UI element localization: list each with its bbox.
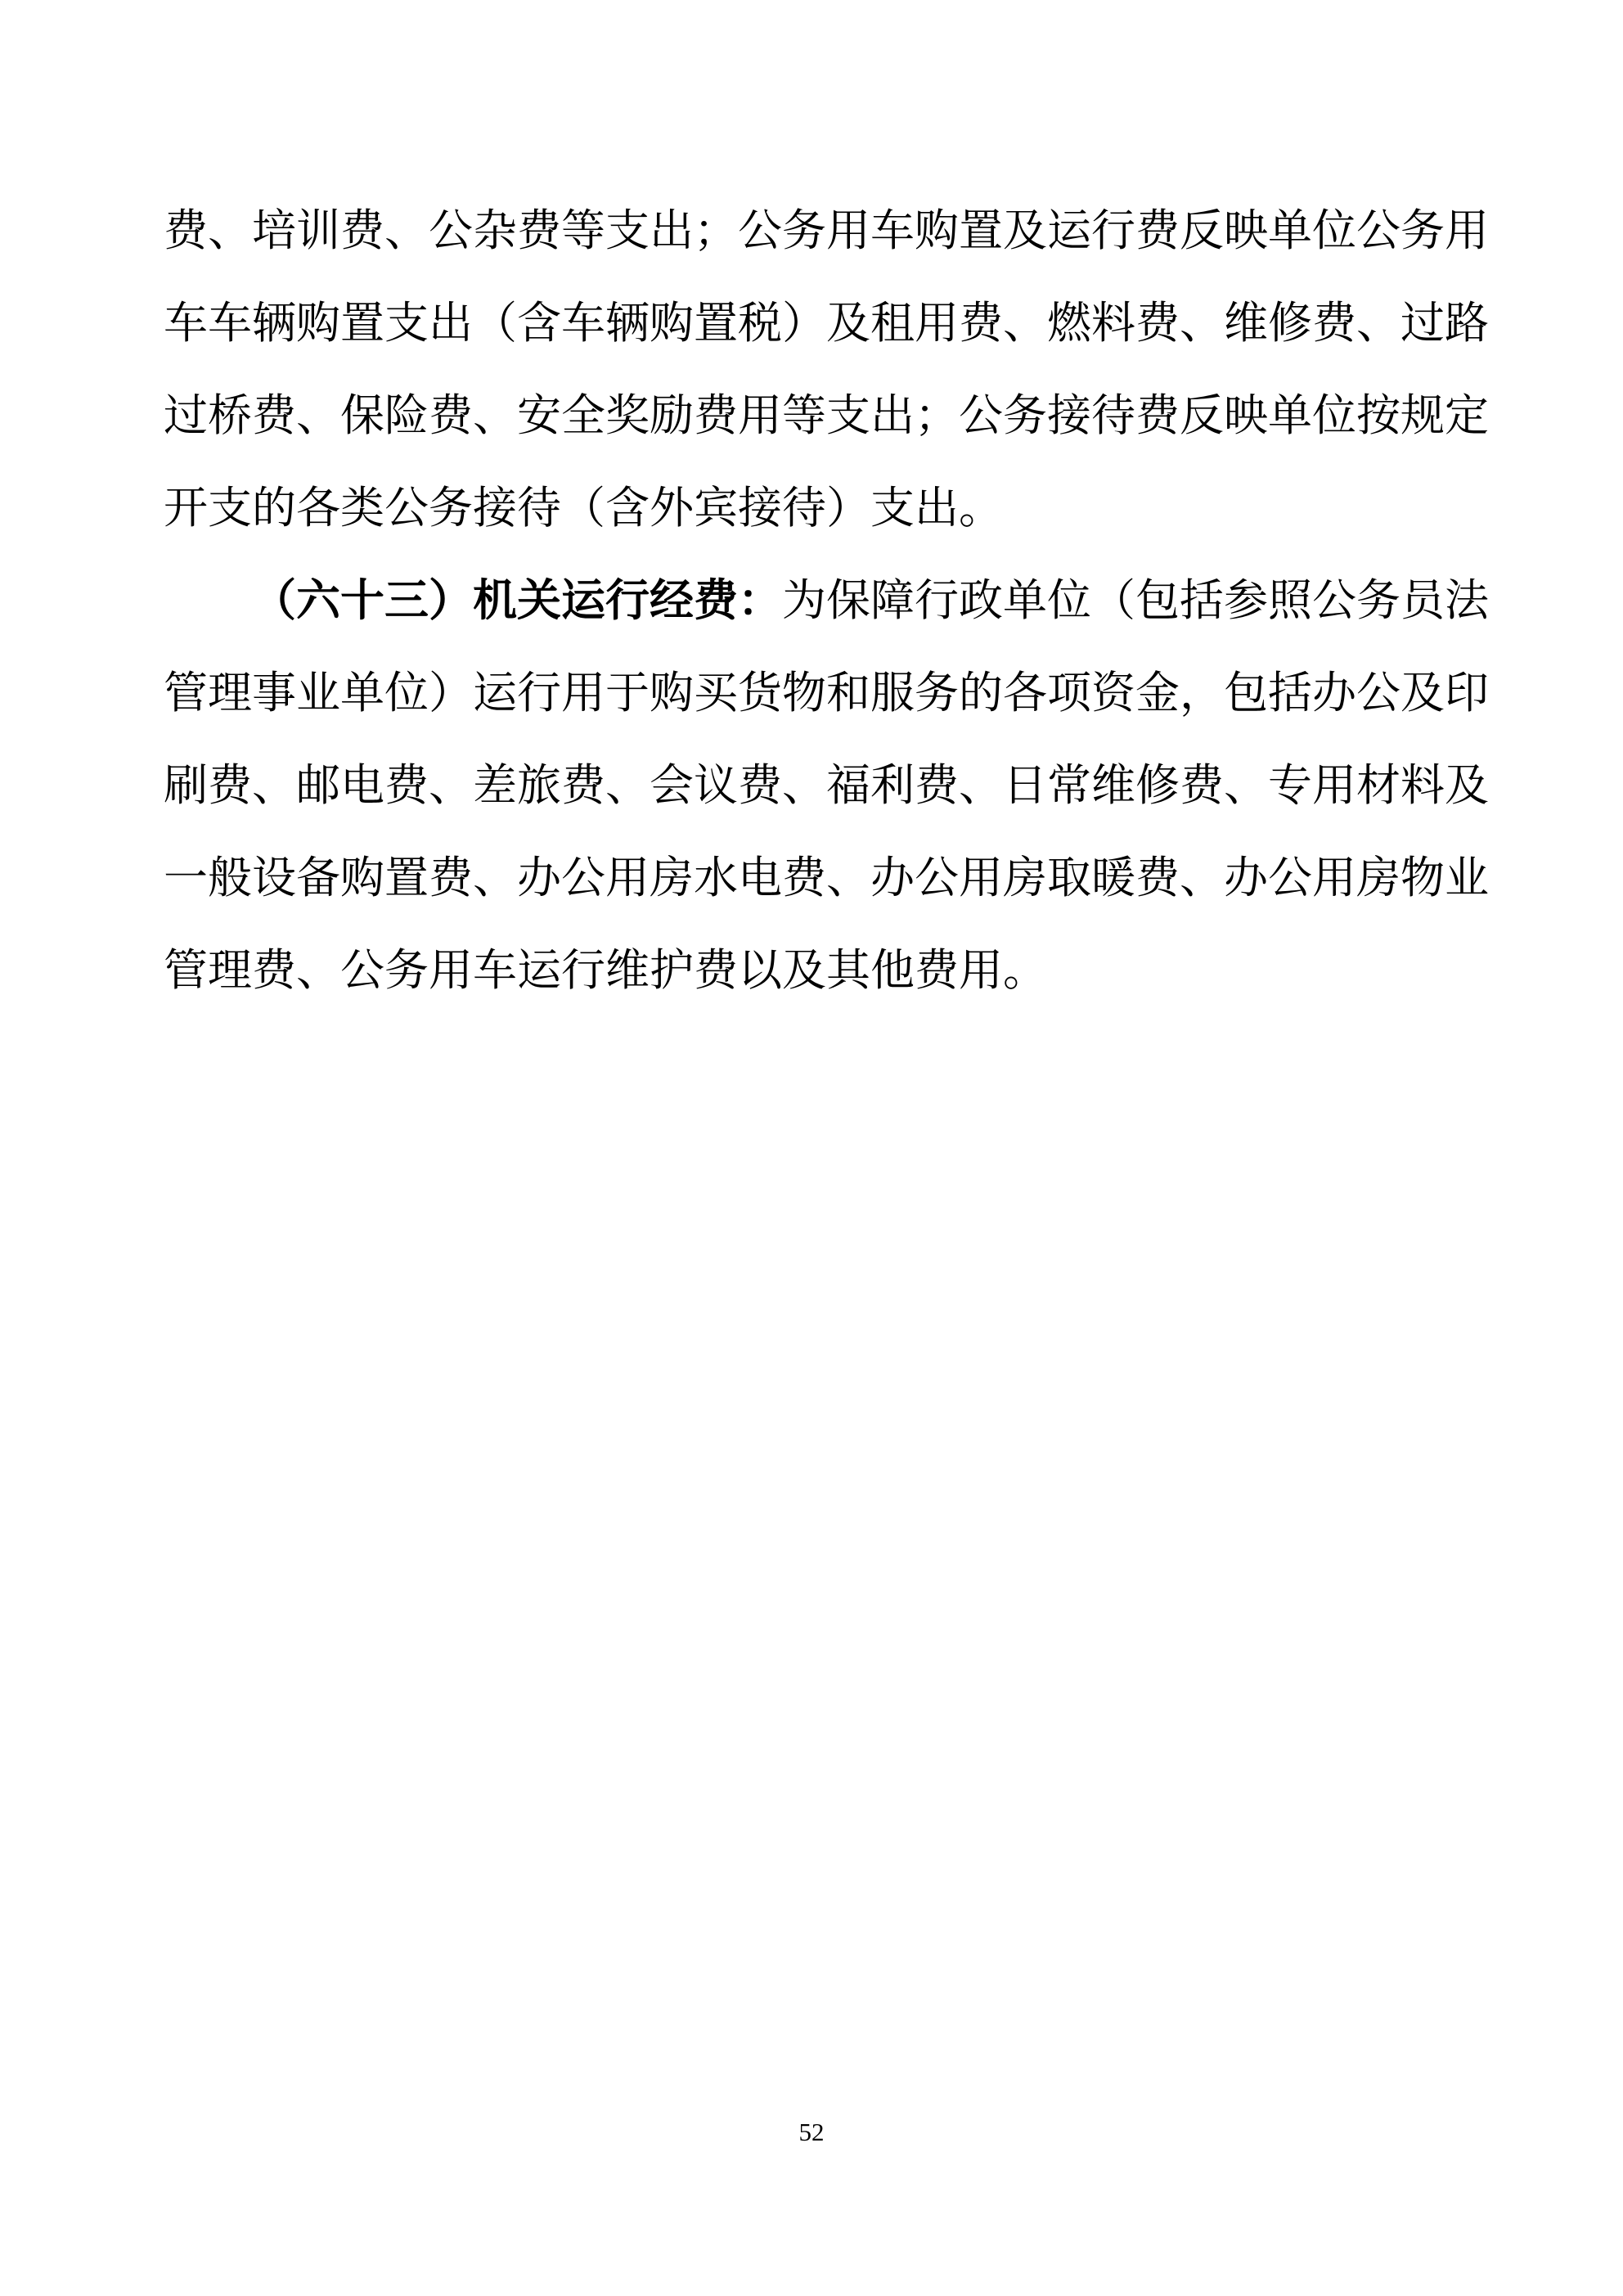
page-number: 52 [0, 2116, 1623, 2149]
document-page: 费、培训费、公杂费等支出；公务用车购置及运行费反映单位公务用车车辆购置支出（含车… [0, 0, 1623, 2296]
paragraph-agency-operating-funds: （六十三）机关运行经费：为保障行政单位（包括参照公务员法管理事业单位）运行用于购… [164, 555, 1489, 1017]
paragraph-expense-continuation: 费、培训费、公杂费等支出；公务用车购置及运行费反映单位公务用车车辆购置支出（含车… [164, 185, 1489, 555]
paragraph-bold-lead: （六十三）机关运行经费： [252, 576, 782, 625]
document-body: 费、培训费、公杂费等支出；公务用车购置及运行费反映单位公务用车车辆购置支出（含车… [164, 185, 1489, 1017]
paragraph-text: 为保障行政单位（包括参照公务员法管理事业单位）运行用于购买货物和服务的各项资金，… [164, 576, 1489, 995]
paragraph-text: 费、培训费、公杂费等支出；公务用车购置及运行费反映单位公务用车车辆购置支出（含车… [164, 206, 1489, 533]
